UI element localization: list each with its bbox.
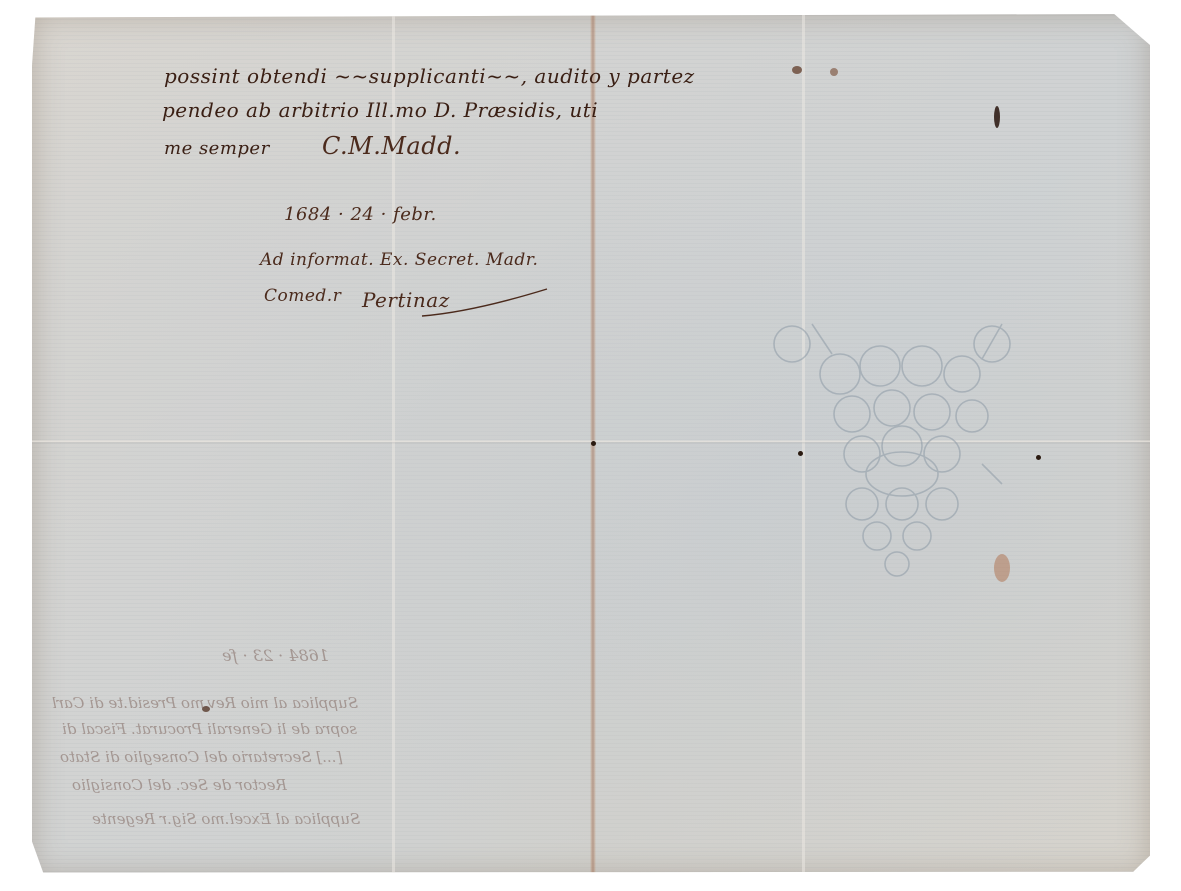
- docket-note: Ad informat. Ex. Secret. Madr.: [260, 250, 538, 270]
- bleed-through-line: Rector de Sec. del Consiglio: [72, 776, 287, 794]
- pinhole: [591, 441, 596, 446]
- bleed-through-line: sopra de li Generali Procurat. Fiscal di: [62, 720, 357, 738]
- ink-stain: [792, 66, 802, 74]
- bleed-through-line: Supplica al Excel.mo Sig.r Regente: [92, 810, 360, 828]
- bleed-through-line: [...] Secretario del Conseglio di Stato: [60, 748, 342, 766]
- manuscript-line-3: me semper: [164, 138, 270, 159]
- manuscript-page: possint obtendi ~~supplicanti~~, audito …: [32, 14, 1150, 876]
- bleed-through-line: Supplica al mio Rev.mo Presid.te di Carl: [52, 694, 358, 712]
- signature-flourish: [412, 284, 552, 324]
- manuscript-line-2: pendeo ab arbitrio Ill.mo D. Præsidis, u…: [162, 98, 598, 122]
- ink-stain: [830, 68, 838, 76]
- manuscript-line-1: possint obtendi ~~supplicanti~~, audito …: [164, 64, 695, 88]
- signature-madd: C.M.Madd.: [322, 132, 461, 160]
- grape-cluster-watermark: [752, 304, 1052, 584]
- docket-comed: Comed.r: [264, 286, 341, 306]
- ink-stain: [994, 106, 1000, 128]
- docket-date: 1684 · 24 · febr.: [284, 204, 437, 225]
- bleed-through-heading: 1684 · 23 · fe: [222, 646, 329, 665]
